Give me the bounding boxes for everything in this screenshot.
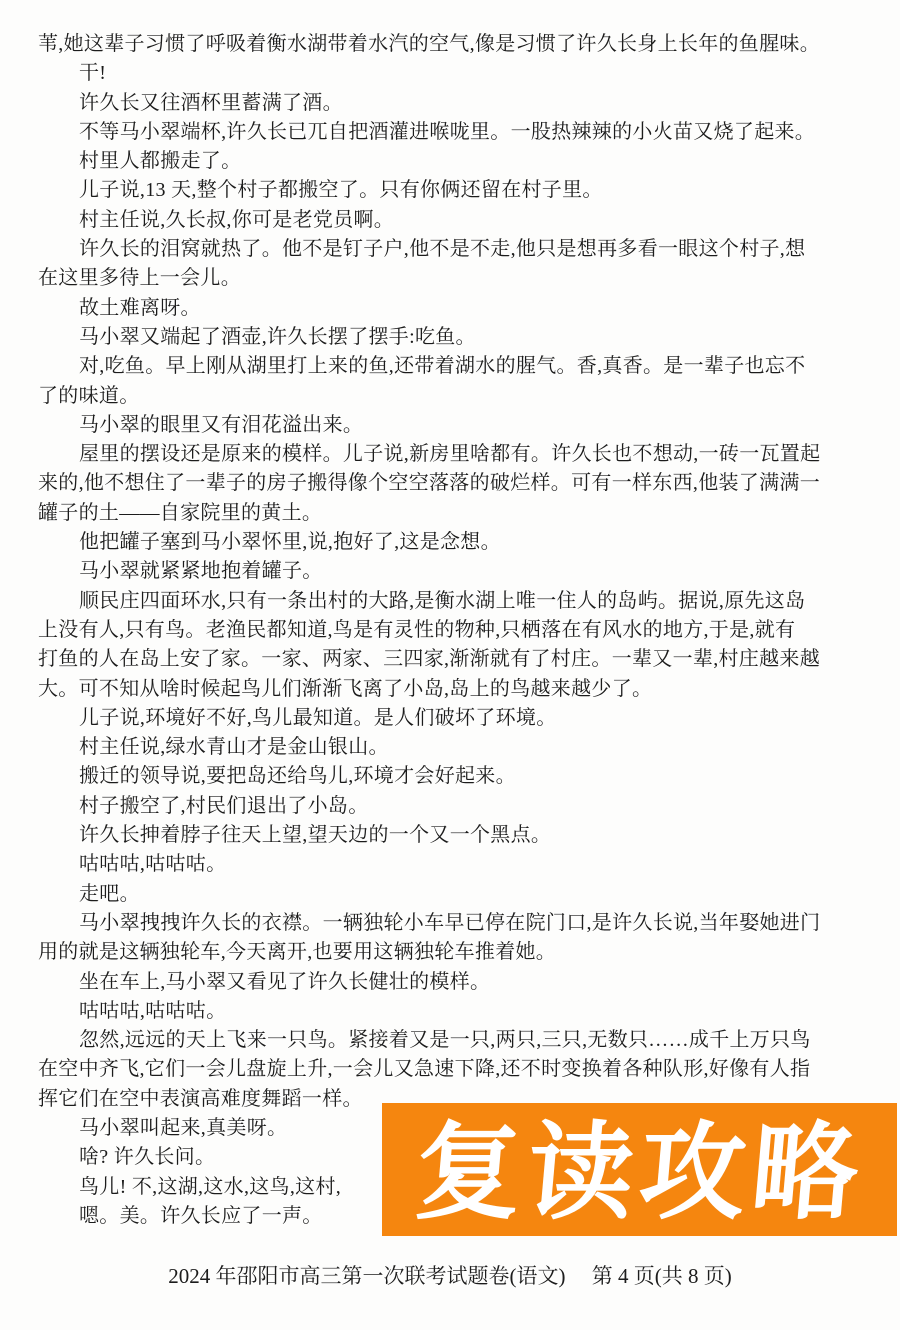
text-line: 马小翠又端起了酒壶,许久长摆了摆手:吃鱼。: [38, 323, 866, 352]
text-line: 不等马小翠端杯,许久长已兀自把酒灌进喉咙里。一股热辣辣的小火苗又烧了起来。: [38, 118, 866, 147]
text-line: 来的,他不想住了一辈子的房子搬得像个空空落落的破烂样。可有一样东西,他装了满满一: [38, 469, 866, 498]
text-line: 大。可不知从啥时候起鸟儿们渐渐飞离了小岛,岛上的鸟越来越少了。: [38, 675, 866, 704]
text-line: 打鱼的人在岛上安了家。一家、两家、三四家,渐渐就有了村庄。一辈又一辈,村庄越来越: [38, 645, 866, 674]
text-line: 村主任说,绿水青山才是金山银山。: [38, 733, 866, 762]
text-line: 对,吃鱼。早上刚从湖里打上来的鱼,还带着湖水的腥气。香,真香。是一辈子也忘不: [38, 352, 866, 381]
text-line: 咕咕咕,咕咕咕。: [38, 997, 866, 1026]
watermark-banner: 复读攻略: [382, 1103, 897, 1236]
exam-paper-page: 苇,她这辈子习惯了呼吸着衡水湖带着水汽的空气,像是习惯了许久长身上长年的鱼腥味。…: [0, 0, 900, 1330]
text-line: 儿子说,13 天,整个村子都搬空了。只有你俩还留在村子里。: [38, 176, 866, 205]
text-line: 走吧。: [38, 880, 866, 909]
text-line: 故土难离呀。: [38, 294, 866, 323]
text-line: 马小翠的眼里又有泪花溢出来。: [38, 411, 866, 440]
text-line: 苇,她这辈子习惯了呼吸着衡水湖带着水汽的空气,像是习惯了许久长身上长年的鱼腥味。: [38, 30, 866, 59]
text-line: 了的味道。: [38, 382, 866, 411]
page-footer: 2024 年邵阳市高三第一次联考试题卷(语文) 第 4 页(共 8 页): [0, 1260, 900, 1290]
text-line: 咕咕咕,咕咕咕。: [38, 850, 866, 879]
text-line: 村子搬空了,村民们退出了小岛。: [38, 792, 866, 821]
text-line: 许久长的泪窝就热了。他不是钉子户,他不是不走,他只是想再多看一眼这个村子,想: [38, 235, 866, 264]
text-line: 马小翠就紧紧地抱着罐子。: [38, 557, 866, 586]
text-line: 许久长抻着脖子往天上望,望天边的一个又一个黑点。: [38, 821, 866, 850]
text-line: 忽然,远远的天上飞来一只鸟。紧接着又是一只,两只,三只,无数只……成千上万只鸟: [38, 1026, 866, 1055]
text-line: 罐子的土——自家院里的黄土。: [38, 499, 866, 528]
text-line: 他把罐子塞到马小翠怀里,说,抱好了,这是念想。: [38, 528, 866, 557]
text-line: 干!: [38, 59, 866, 88]
text-line: 村主任说,久长叔,你可是老党员啊。: [38, 206, 866, 235]
document-body: 苇,她这辈子习惯了呼吸着衡水湖带着水汽的空气,像是习惯了许久长身上长年的鱼腥味。…: [38, 30, 866, 1231]
text-line: 用的就是这辆独轮车,今天离开,也要用这辆独轮车推着她。: [38, 938, 866, 967]
text-line: 在这里多待上一会儿。: [38, 264, 866, 293]
text-line: 许久长又往酒杯里蓄满了酒。: [38, 89, 866, 118]
watermark-text: 复读攻略: [411, 1114, 869, 1226]
text-line: 顺民庄四面环水,只有一条出村的大路,是衡水湖上唯一住人的岛屿。据说,原先这岛: [38, 587, 866, 616]
text-line: 马小翠拽拽许久长的衣襟。一辆独轮小车早已停在院门口,是许久长说,当年娶她进门: [38, 909, 866, 938]
text-line: 村里人都搬走了。: [38, 147, 866, 176]
text-line: 在空中齐飞,它们一会儿盘旋上升,一会儿又急速下降,还不时变换着各种队形,好像有人…: [38, 1055, 866, 1084]
text-line: 屋里的摆设还是原来的模样。儿子说,新房里啥都有。许久长也不想动,一砖一瓦置起: [38, 440, 866, 469]
text-line: 搬迁的领导说,要把岛还给鸟儿,环境才会好起来。: [38, 762, 866, 791]
text-line: 坐在车上,马小翠又看见了许久长健壮的模样。: [38, 968, 866, 997]
text-line: 儿子说,环境好不好,鸟儿最知道。是人们破坏了环境。: [38, 704, 866, 733]
text-line: 上没有人,只有鸟。老渔民都知道,鸟是有灵性的物种,只栖落在有风水的地方,于是,就…: [38, 616, 866, 645]
